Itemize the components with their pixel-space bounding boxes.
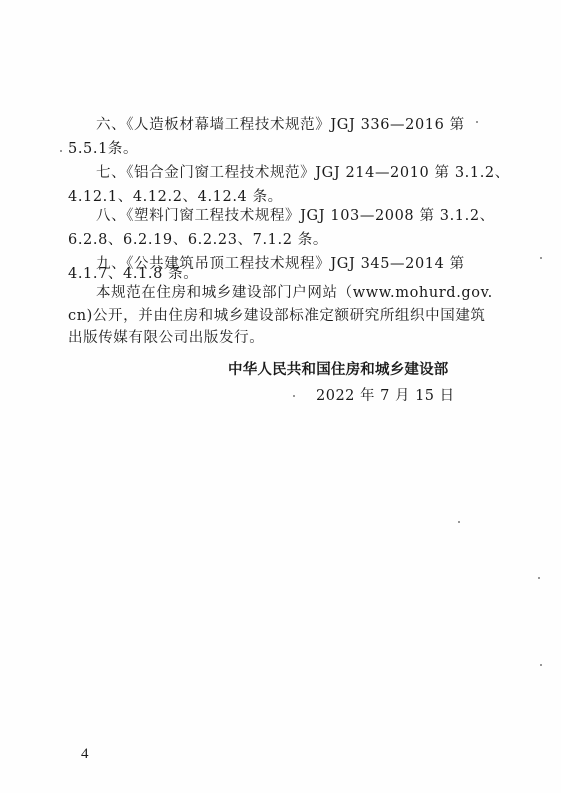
clause-7-line-1: 七、《铝合金门窗工程技术规范》JGJ 214—2010 第 3.1.2、	[96, 163, 510, 183]
page-number: 4	[81, 746, 89, 763]
scan-speck	[538, 577, 540, 579]
scan-speck	[476, 121, 478, 123]
publication-line-1: 本规范在住房和城乡建设部门户网站（www.mohurd.gov.	[96, 283, 493, 303]
scan-speck	[60, 150, 62, 152]
clause-9-line-2: 4.1.7、4.1.8 条。	[68, 264, 198, 284]
scan-speck	[293, 395, 295, 397]
scan-speck	[540, 257, 542, 259]
clause-6-line-1: 六、《人造板材幕墙工程技术规范》JGJ 336—2016 第	[96, 115, 465, 135]
scan-speck	[458, 521, 460, 523]
publication-line-3: 出版传媒有限公司出版发行。	[68, 328, 264, 348]
issue-date: 2022 年 7 月 15 日	[316, 384, 455, 405]
publication-line-2: cn)公开，并由住房和城乡建设部标准定额研究所组织中国建筑	[68, 306, 486, 326]
clause-8-line-2: 6.2.8、6.2.19、6.2.23、7.1.2 条。	[68, 230, 328, 250]
issuing-organization: 中华人民共和国住房和城乡建设部	[228, 358, 449, 379]
scan-speck	[540, 664, 542, 666]
clause-8-line-1: 八、《塑料门窗工程技术规程》JGJ 103—2008 第 3.1.2、	[96, 206, 495, 226]
document-page: 六、《人造板材幕墙工程技术规范》JGJ 336—2016 第 5.5.1条。 七…	[0, 0, 561, 793]
clause-6-line-2: 5.5.1条。	[68, 139, 138, 159]
clause-7-line-2: 4.12.1、4.12.2、4.12.4 条。	[68, 187, 283, 207]
